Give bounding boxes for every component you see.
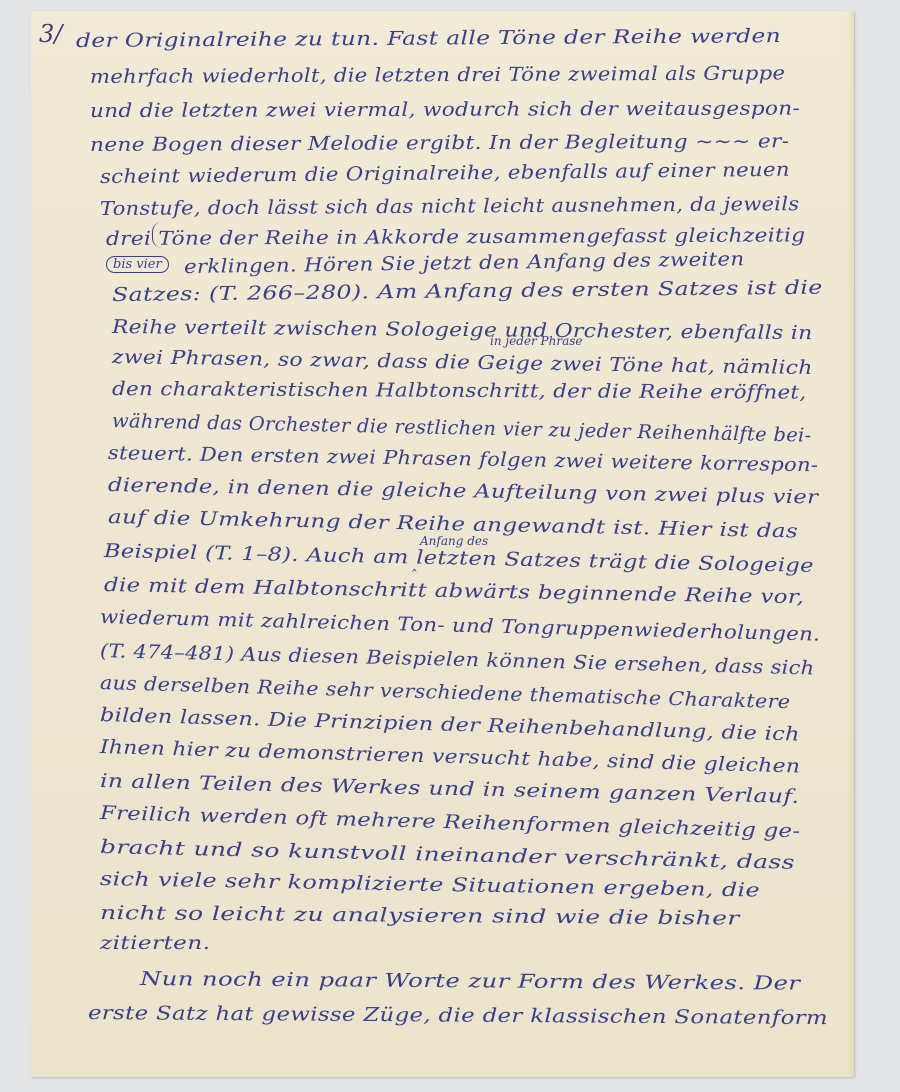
text-line-3: und die letzten zwei viermal, wodurch si… <box>90 98 800 122</box>
margin-note-circled: bis vier <box>106 256 169 273</box>
insertion-bracket <box>152 222 163 248</box>
page-number: 3/ <box>39 20 62 48</box>
text-line-7: drei Töne der Reihe in Akkorde zusammeng… <box>106 224 806 250</box>
text-line-2: mehrfach wiederholt, die letzten drei Tö… <box>90 62 785 88</box>
text-line-4: nene Bogen dieser Melodie ergibt. In der… <box>90 130 789 156</box>
paper-edge <box>848 11 854 1077</box>
insertion-note-phrase: in jeder Phrase <box>490 334 583 348</box>
text-line-29: zitierten. <box>100 932 210 954</box>
text-line-12: den charakteristischen Halbtonschritt, d… <box>112 378 807 404</box>
text-line-30: Nun noch ein paar Worte zur Form des Wer… <box>140 968 800 995</box>
